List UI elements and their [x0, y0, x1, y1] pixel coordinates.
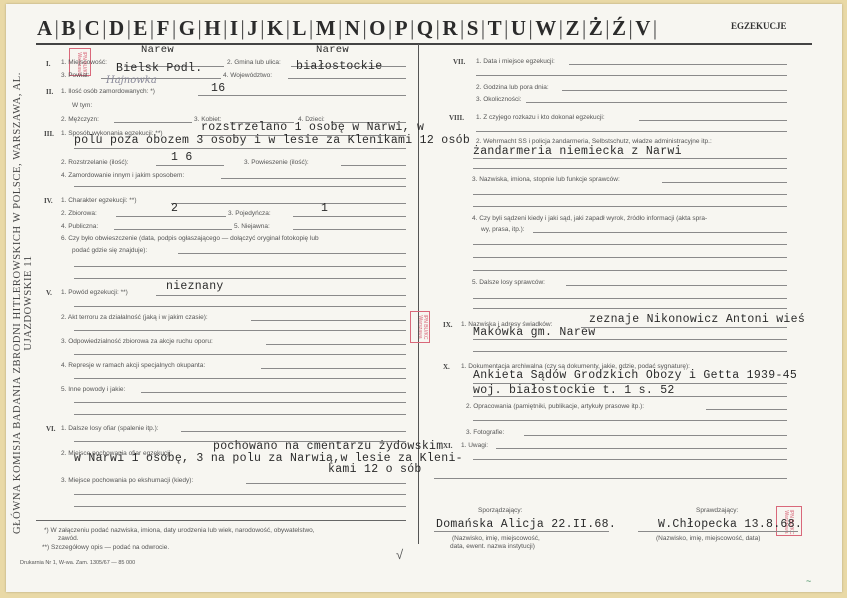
field-line: [662, 182, 787, 183]
field-label: 2. Rozstrzelanie (ilość):: [61, 159, 129, 166]
section-numeral: II.: [46, 88, 53, 96]
field-line: [74, 186, 406, 187]
letter: G: [178, 16, 197, 40]
letter: C: [84, 16, 102, 40]
field-label: 2. Akt terroru za działalność (jaką i w …: [61, 314, 208, 321]
burial-place-value-cont[interactable]: kami 12 o sób: [328, 463, 422, 476]
letter: L: [292, 16, 309, 40]
field-line: [266, 344, 406, 345]
form-page: A|B|C|D|E|F|G|H|I|J|K|L|M|N|O|P|Q|R|S|T|…: [6, 4, 842, 592]
field-line: [473, 244, 787, 245]
alphabet-index: A|B|C|D|E|F|G|H|I|J|K|L|M|N|O|P|Q|R|S|T|…: [36, 16, 659, 41]
field-label: 2. Godzina lub pora dnia:: [476, 84, 549, 91]
field-line: [434, 478, 787, 479]
letter: Z: [564, 16, 581, 40]
letter: H: [203, 16, 222, 40]
letter: U: [510, 16, 528, 40]
field-line: [476, 131, 787, 132]
field-line: [496, 448, 787, 449]
field-label: podać gdzie się znajduje):: [72, 247, 147, 254]
letter: W: [534, 16, 558, 40]
field-label: 2. Opracowania (pamiętniki, publikacje, …: [466, 403, 644, 410]
field-line: [261, 368, 406, 369]
field-label: 2. Wehrmacht SS i policja żandarmeria, S…: [476, 138, 712, 145]
field-label: 5. Inne powody i jakie:: [61, 386, 125, 393]
field-line: [156, 165, 224, 166]
letter: J: [246, 16, 259, 40]
field-label: 3. Nazwiska, imiona, stopnie lub funkcje…: [472, 176, 620, 183]
section-numeral: XI.: [443, 442, 453, 450]
prepared-by-note: (Nazwisko, imię, miejscowość,: [452, 535, 540, 542]
letter: M: [315, 16, 337, 40]
field-label: 3. Odpowiedzialność zbiorowa za akcje ru…: [61, 338, 213, 345]
letter: E: [132, 16, 149, 40]
field-label: W tym:: [72, 102, 92, 109]
field-label: 1. Data i miejsce egzekucji:: [476, 58, 555, 65]
field-line: [293, 229, 406, 230]
letter: Q: [416, 16, 435, 40]
archival-docs-value[interactable]: Ankieta Sądów Grodzkich Obozy i Getta 19…: [473, 369, 797, 382]
field-line: [526, 102, 787, 103]
letter: K: [266, 16, 285, 40]
form-title: EGZEKUCJE: [731, 21, 787, 31]
checked-by-label: Sprawdzający:: [696, 507, 738, 514]
field-label: 4. Zamordowanie innym i jakim sposobem:: [61, 172, 184, 179]
checked-by-value[interactable]: W.Chłopecka 13.8.68.: [658, 518, 802, 531]
individual-value[interactable]: 1: [321, 202, 328, 215]
field-line: [221, 178, 406, 179]
letter: R: [441, 16, 459, 40]
field-line: [114, 229, 232, 230]
execution-reason-value[interactable]: nieznany: [166, 280, 224, 293]
field-label: 3. Pojedyńcza:: [228, 210, 271, 217]
field-line: [74, 494, 406, 495]
field-label: 3. Okoliczności:: [476, 96, 522, 103]
field-line: [473, 308, 787, 309]
section-numeral: I.: [46, 60, 50, 68]
letter: A: [36, 16, 54, 40]
field-label: 2. Gmina lub ulica:: [227, 59, 281, 66]
field-line: [638, 531, 798, 532]
field-line: [473, 194, 787, 195]
ipn-stamp: IPN BU/KC Warszawa: [410, 311, 430, 343]
locality-value[interactable]: Narew: [141, 44, 174, 56]
field-label: 4. Czy byli sądzeni kiedy i jaki sąd, ja…: [472, 215, 707, 222]
field-line: [288, 78, 406, 79]
section-numeral: V.: [46, 289, 52, 297]
field-line: [74, 354, 406, 355]
murdered-count-value[interactable]: 16: [211, 82, 225, 95]
field-line: [473, 396, 787, 397]
letter: F: [156, 16, 171, 40]
field-label: 4. Województwo:: [223, 72, 272, 79]
field-line: [341, 165, 406, 166]
field-line: [569, 64, 787, 65]
section-numeral: VII.: [453, 58, 465, 66]
letter: Ź: [611, 16, 628, 40]
letter: I: [229, 16, 240, 40]
prepared-by-value[interactable]: Domańska Alicja 22.II.68.: [436, 518, 616, 531]
field-line: [156, 295, 406, 296]
field-line: [74, 378, 406, 379]
letter: D: [108, 16, 126, 40]
letter: T: [487, 16, 504, 40]
checked-by-note: (Nazwisko, imię, miejscowość, data): [656, 535, 760, 542]
field-line: [524, 435, 787, 436]
shot-count-value[interactable]: 1 6: [171, 151, 193, 164]
field-label: 1. Powód egzekucji: **): [61, 289, 128, 296]
footnote-rule: [36, 520, 406, 521]
field-line: [178, 253, 406, 254]
field-line: [473, 206, 787, 207]
field-line: [473, 168, 787, 169]
footnote: *) W załączeniu podać nazwiska, imiona, …: [44, 527, 315, 534]
field-line: [74, 306, 406, 307]
letter: Ż: [588, 16, 605, 40]
footnote: zawód.: [58, 535, 79, 542]
section-numeral: III.: [44, 130, 54, 138]
section-numeral: X.: [443, 363, 450, 371]
field-line: [562, 90, 787, 91]
field-line: [171, 203, 406, 204]
field-label: 3. Fotografie:: [466, 429, 504, 436]
letter: S: [466, 16, 480, 40]
section-numeral: VI.: [46, 425, 56, 433]
witnesses-value-cont[interactable]: Makówka gm. Narew: [473, 326, 595, 339]
field-line: [473, 158, 787, 159]
field-line: [706, 409, 787, 410]
field-label: wy, prasa, itp.):: [481, 226, 525, 233]
side-institution-text: GŁÓWNA KOMISJA BADANIA ZBRODNI HITLEROWS…: [12, 43, 34, 563]
field-line: [251, 320, 406, 321]
field-line: [473, 270, 787, 271]
footnote: **) Szczegółowy opis — podać na odwrocie…: [42, 544, 169, 551]
field-label: 3. Miejsce pochowania po ekshumacji (kie…: [61, 477, 193, 484]
field-label: 5. Niejawna:: [234, 223, 270, 230]
field-line: [434, 531, 609, 532]
section-numeral: VIII.: [449, 114, 464, 122]
handwritten-note: Hajnowka: [106, 75, 157, 86]
pencil-checkmark: √: [396, 547, 403, 562]
field-line: [74, 148, 406, 149]
field-line: [473, 459, 787, 460]
field-line: [74, 402, 406, 403]
voivodeship-value[interactable]: białostockie: [296, 60, 382, 73]
field-label: 3. Powiat:: [61, 72, 90, 79]
green-mark: ~: [806, 576, 811, 586]
field-label: 5. Dalsze losy sprawców:: [472, 279, 545, 286]
field-label: 2. Mężczyzn:: [61, 116, 99, 123]
field-label: 1. Uwagi:: [461, 442, 488, 449]
field-line: [476, 75, 787, 76]
field-line: [473, 351, 787, 352]
perpetrator-unit-value[interactable]: żandarmeria niemiecka z Narwi: [473, 145, 682, 158]
field-line: [141, 392, 406, 393]
field-line: [293, 216, 406, 217]
letter: O: [368, 16, 387, 40]
section-numeral: IX.: [443, 321, 453, 329]
field-line: [639, 120, 787, 121]
field-label: 3. Powieszenie (ilość):: [244, 159, 309, 166]
execution-method-value[interactable]: rozstrzelano 1 osobę w Narwi, w: [201, 121, 424, 134]
field-label: 6. Czy było obwieszczenie (data, podpis …: [61, 235, 319, 242]
field-line: [473, 420, 787, 421]
field-label: 1. Dalsze losy ofiar (spalenie itp.):: [61, 425, 159, 432]
field-line: [181, 431, 406, 432]
field-line: [246, 483, 406, 484]
field-label: 1. Charakter egzekucji: **): [61, 197, 137, 204]
field-label: 1. Z czyjego rozkazu i kto dokonał egzek…: [476, 114, 605, 121]
field-line: [198, 95, 406, 96]
field-line: [74, 414, 406, 415]
field-line: [74, 506, 406, 507]
collective-value[interactable]: 2: [171, 202, 178, 215]
field-line: [74, 278, 406, 279]
field-line: [566, 285, 787, 286]
commune-value[interactable]: Narew: [316, 44, 349, 56]
field-line: [473, 298, 787, 299]
field-label: 1. Ilość osób zamordowanych: *): [61, 88, 155, 95]
field-line: [114, 122, 192, 123]
prepared-by-note: data, ewent. nazwa instytucji): [450, 543, 535, 550]
section-numeral: IV.: [44, 197, 53, 205]
field-line: [533, 232, 787, 233]
field-line: [473, 339, 787, 340]
field-label: 1. Miejscowość:: [61, 59, 107, 66]
letter: B: [60, 16, 77, 40]
field-label: 4. Publiczna:: [61, 223, 98, 230]
witnesses-value[interactable]: zeznaje Nikonowicz Antoni wieś: [589, 313, 805, 326]
letter: V: [634, 16, 652, 40]
letter: P: [394, 16, 409, 40]
county-value[interactable]: Bielsk Podl.: [116, 62, 202, 75]
field-line: [473, 257, 787, 258]
field-line: [74, 330, 406, 331]
field-label: 2. Zbiorowa:: [61, 210, 97, 217]
prepared-by-label: Sporządzający:: [478, 507, 522, 514]
field-label: 4. Represje w ramach akcji specjalnych o…: [61, 362, 205, 369]
field-line: [581, 327, 787, 328]
printer-imprint: Drukarnia Nr 1, W-wa. Zam. 1305/67 — 85 …: [20, 560, 135, 566]
field-line: [74, 266, 406, 267]
field-line: [116, 216, 226, 217]
execution-method-value-cont[interactable]: polu poza obozem 3 osoby i w lesie za Kl…: [74, 134, 470, 147]
letter: N: [344, 16, 362, 40]
